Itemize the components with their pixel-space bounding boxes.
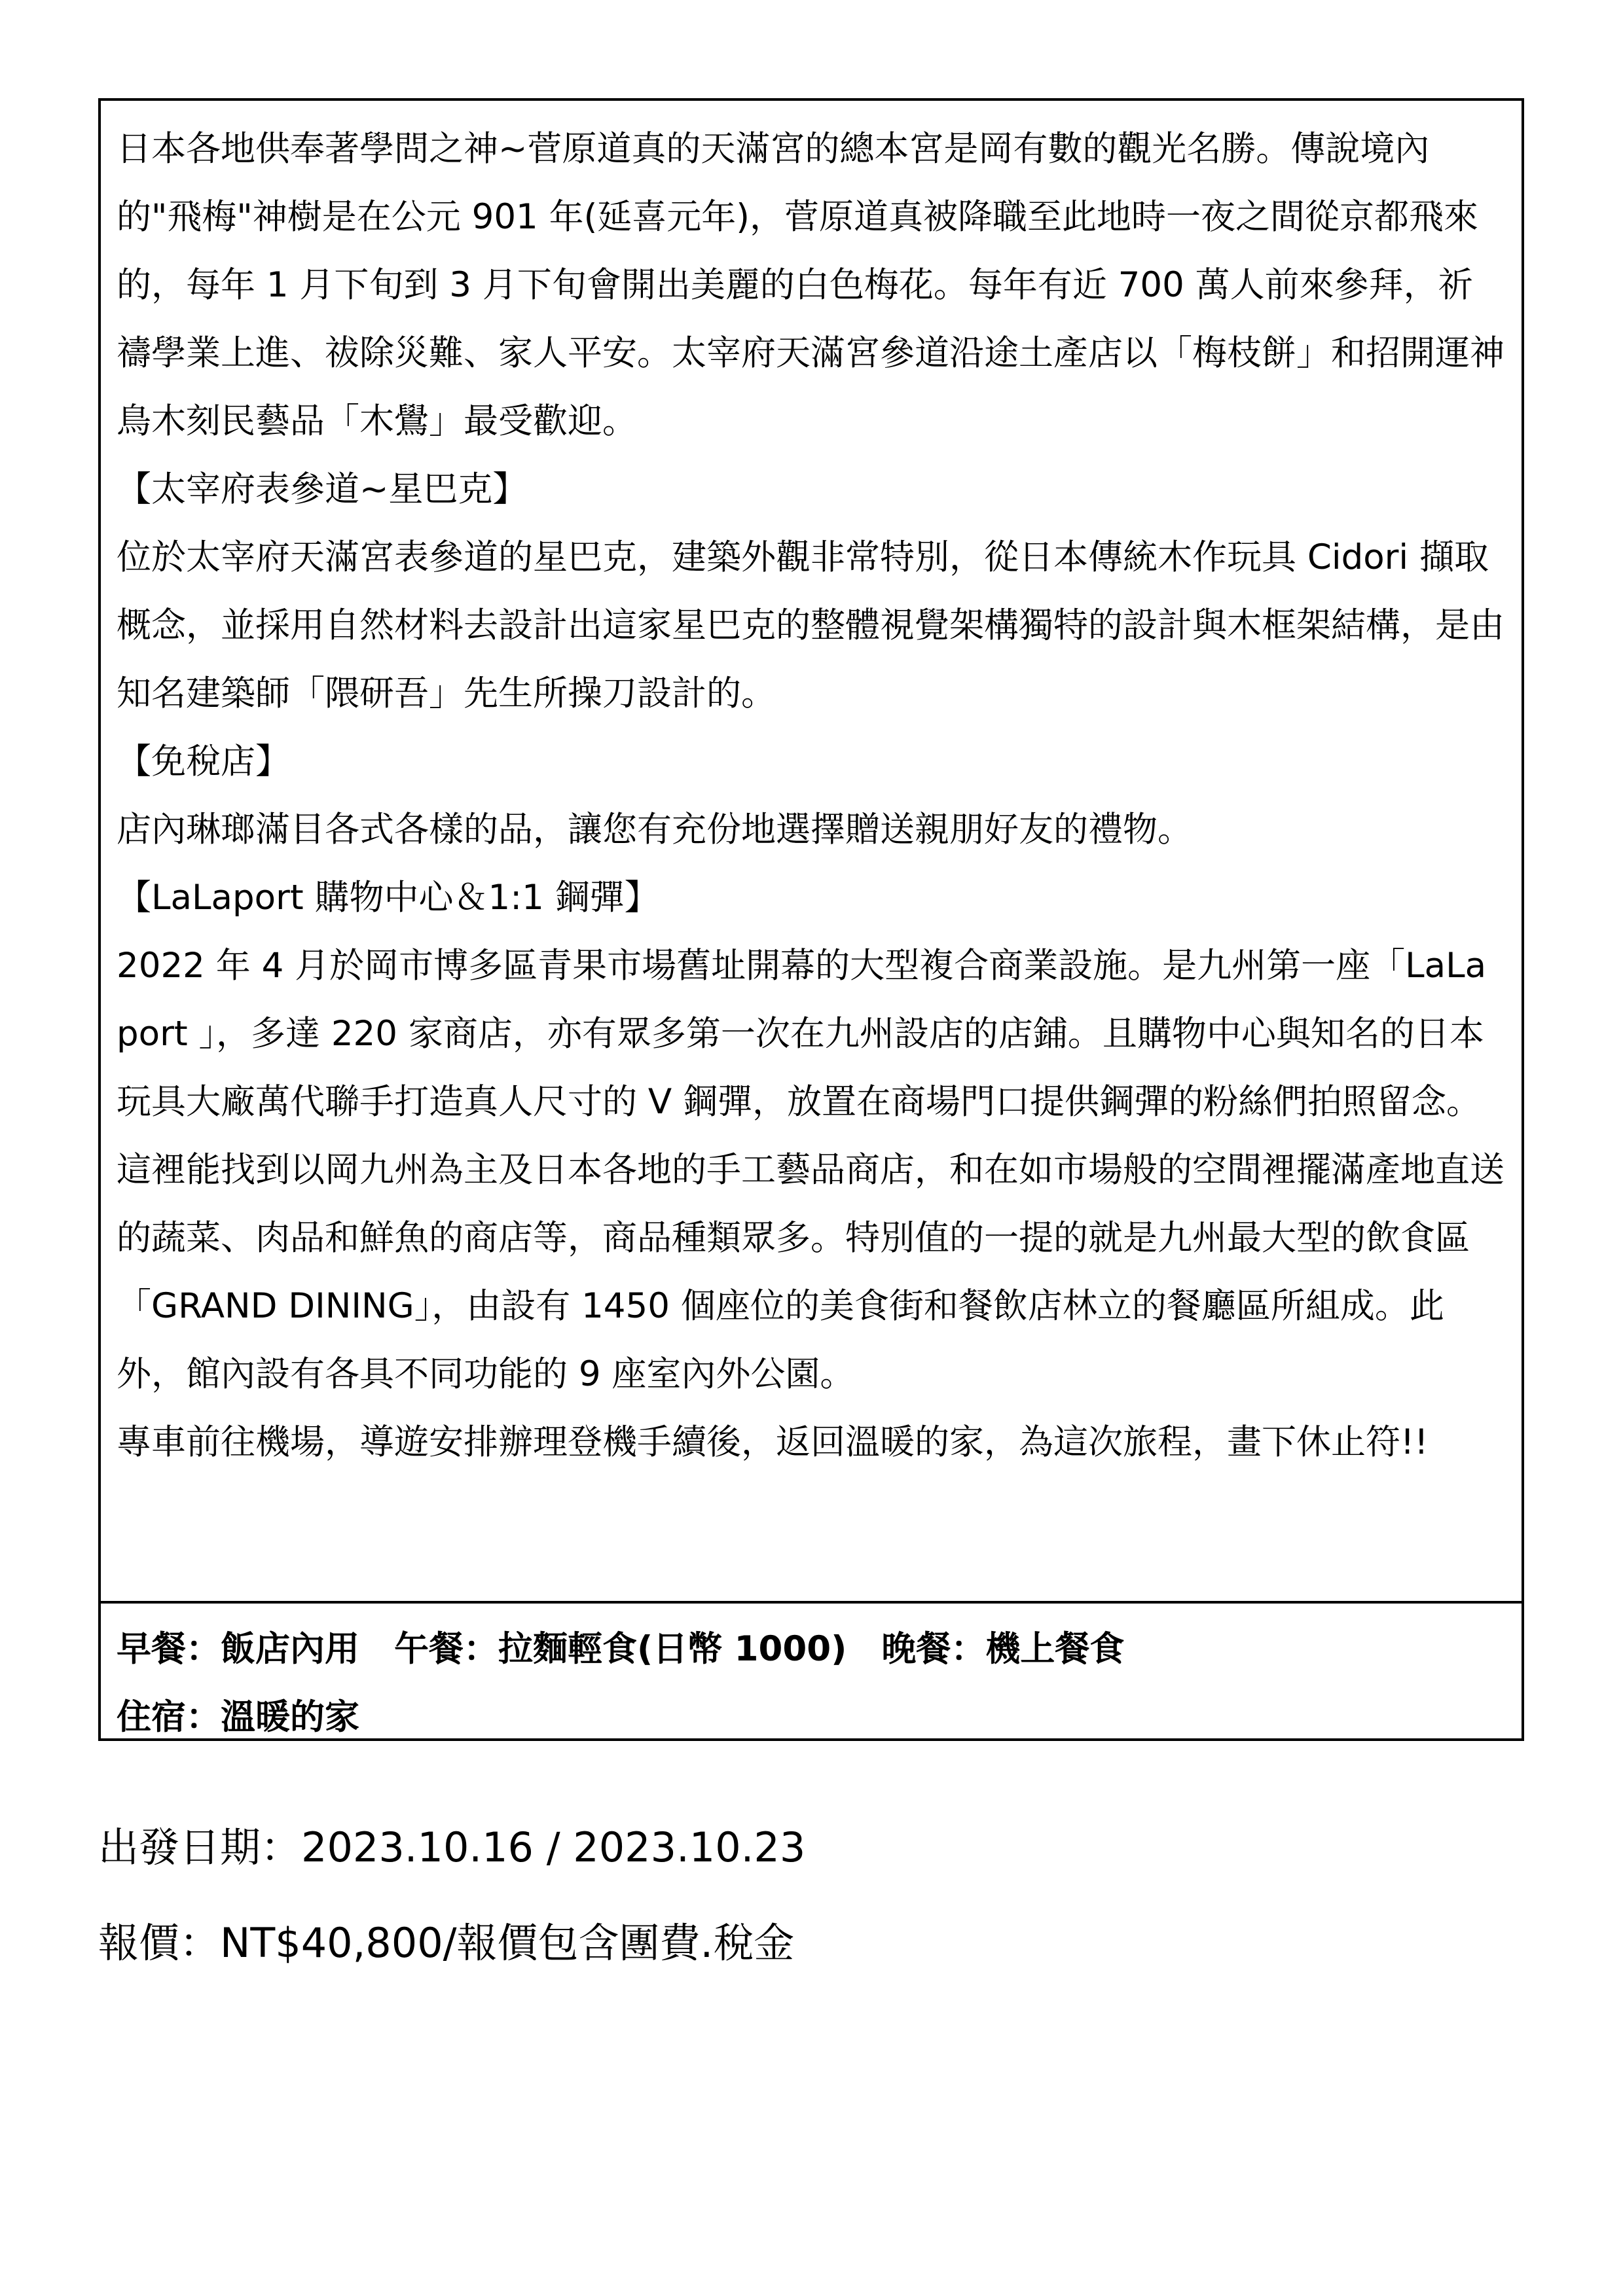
trip-summary: 出發日期：2023.10.16 / 2023.10.23 報價：NT$40,80… — [98, 1800, 805, 1991]
starbucks-paragraph: 位於太宰府天滿宮表參道的星巴克，建築外觀非常特別，從日本傳統木作玩具 Cidor… — [117, 524, 1506, 728]
starbucks-heading: 【太宰府表參道~星巴克】 — [117, 456, 1506, 524]
meals-cell: 早餐：飯店內用 午餐：拉麵輕食(日幣 1000) 晚餐：機上餐食 住宿：溫暖的家 — [101, 1604, 1522, 1738]
lalaport-paragraph: 2022 年 4 月於岡市博多區青果市場舊址開幕的大型複合商業設施。是九州第一座… — [117, 932, 1506, 1408]
price-info: 報價：NT$40,800/報價包含團費.稅金 — [98, 1895, 805, 1991]
duty-free-heading: 【免稅店】 — [117, 728, 1506, 796]
tenmangu-paragraph: 日本各地供奉著學問之神~菅原道真的天滿宮的總本宮是岡有數的觀光名勝。傳說境內的"… — [117, 115, 1506, 456]
itinerary-description-cell: 日本各地供奉著學問之神~菅原道真的天滿宮的總本宮是岡有數的觀光名勝。傳說境內的"… — [101, 101, 1522, 1604]
itinerary-table: 日本各地供奉著學問之神~菅原道真的天滿宮的總本宮是岡有數的觀光名勝。傳說境內的"… — [98, 98, 1524, 1741]
lalaport-heading: 【LaLaport 購物中心＆1:1 鋼彈】 — [117, 864, 1506, 932]
return-home-paragraph: 專車前往機場，導遊安排辦理登機手續後，返回溫暖的家，為這次旅程，畫下休止符!! — [117, 1408, 1506, 1477]
departure-dates: 出發日期：2023.10.16 / 2023.10.23 — [98, 1800, 805, 1895]
lodging-line: 住宿：溫暖的家 — [117, 1683, 1506, 1751]
meals-line: 早餐：飯店內用 午餐：拉麵輕食(日幣 1000) 晚餐：機上餐食 — [117, 1615, 1506, 1683]
duty-free-paragraph: 店內琳瑯滿目各式各樣的品，讓您有充份地選擇贈送親朋好友的禮物。 — [117, 796, 1506, 864]
